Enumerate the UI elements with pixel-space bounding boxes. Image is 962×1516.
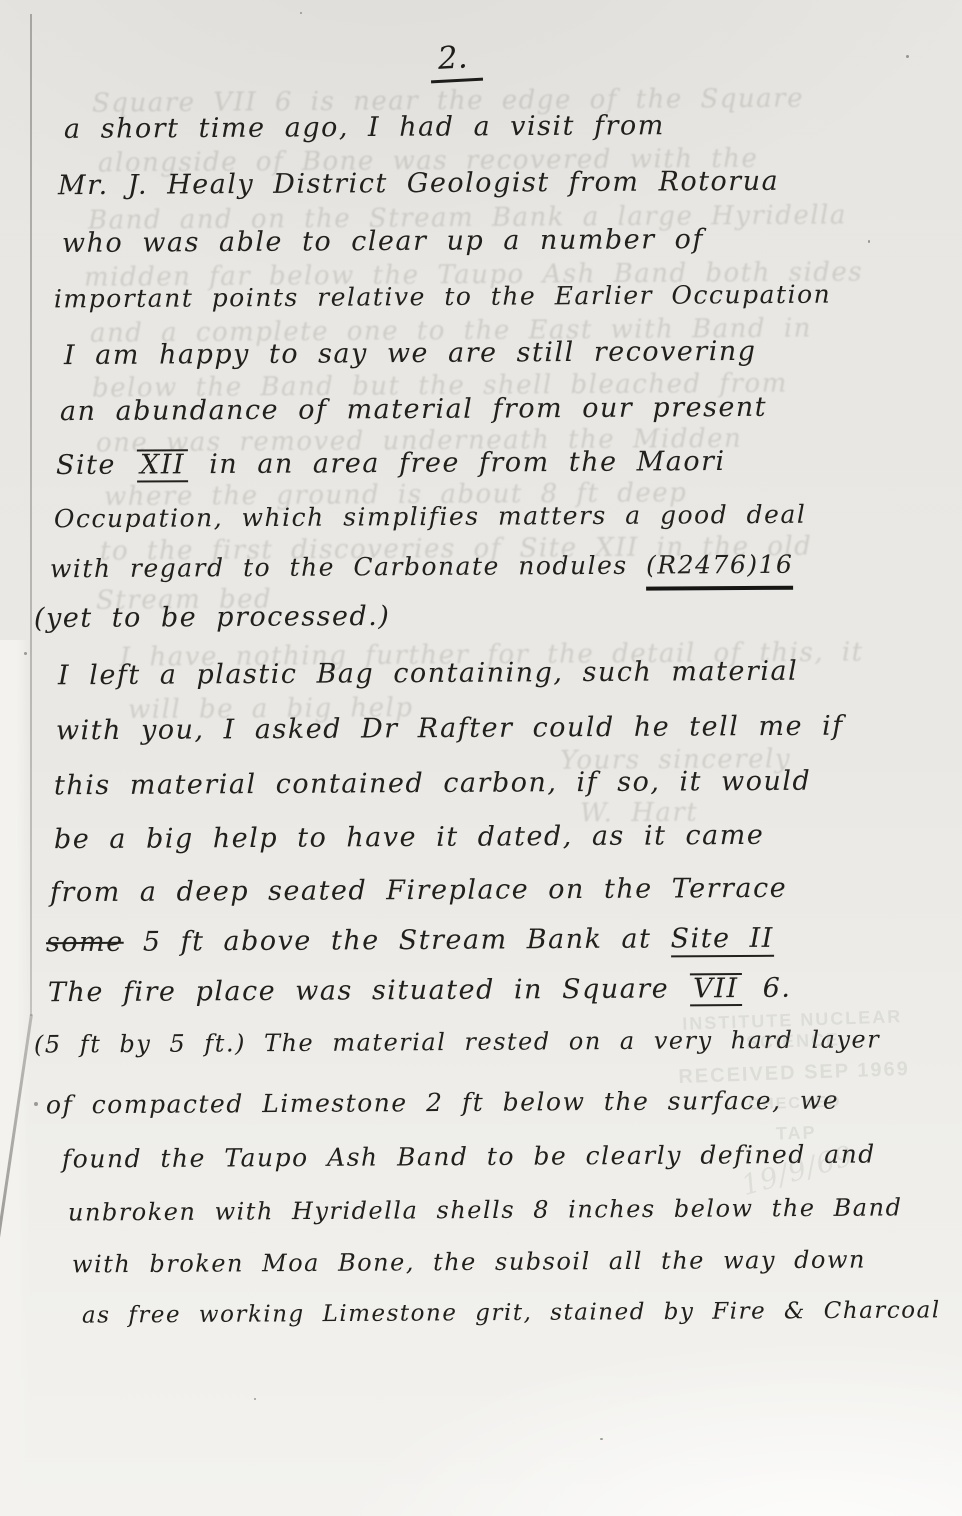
handwritten-line: this material contained carbon, if so, i… — [54, 766, 811, 802]
text-segment: 5 ft above the Stream Bank at — [124, 923, 671, 957]
text-segment: a short time ago, I had a visit from — [64, 110, 665, 145]
paper-crease-vertical — [30, 14, 32, 1016]
paper-speck — [300, 12, 302, 14]
text-segment: as free working Limestone grit, stained … — [82, 1297, 941, 1328]
paper-speck — [34, 1102, 38, 1106]
handwritten-line: as free working Limestone grit, stained … — [82, 1297, 941, 1328]
stamp-ghost-line: RECEIVED SEP 1969 — [644, 1057, 945, 1090]
paper-edge-highlight — [0, 640, 30, 1516]
paper-speck — [254, 1398, 256, 1400]
scanned-letter-page: Square VII 6 is near the edge of the Squ… — [0, 0, 962, 1516]
text-segment: who was able to clear up a number of — [62, 224, 704, 259]
text-segment: The fire place was situated in Square — [48, 973, 688, 1008]
text-segment: important points relative to the Earlier… — [54, 280, 831, 314]
handwritten-line: with broken Moa Bone, the subsoil all th… — [72, 1246, 866, 1279]
handwritten-line: unbroken with Hyridella shells 8 inches … — [68, 1193, 903, 1226]
text-segment: (yet to be processed.) — [34, 601, 391, 634]
page-number: 2. — [429, 39, 483, 84]
text-segment: Occupation, which simplifies matters a g… — [54, 500, 806, 534]
text-segment: with you, I asked Dr Rafter could he tel… — [56, 711, 844, 747]
stamp-ghost-line: CHECKED — [645, 1090, 945, 1118]
text-segment: Site — [56, 450, 135, 481]
handwritten-line: a short time ago, I had a visit from — [64, 110, 665, 145]
text-segment: this material contained carbon, if so, i… — [54, 766, 811, 802]
handwritten-line: with you, I asked Dr Rafter could he tel… — [56, 711, 844, 747]
text-segment: I left a plastic Bag containing, such ma… — [58, 656, 798, 692]
paper-speck — [24, 652, 27, 655]
handwritten-line: an abundance of material from our presen… — [60, 392, 767, 427]
paper-speck — [906, 55, 909, 58]
text-segment: be a big help to have it dated, as it ca… — [54, 820, 764, 855]
handwritten-line: Occupation, which simplifies matters a g… — [54, 500, 806, 534]
handwritten-line: Mr. J. Healy District Geologist from Rot… — [58, 166, 779, 201]
handwritten-line: I am happy to say we are still recoverin… — [64, 336, 757, 371]
text-segment: from a deep seated Fireplace on the Terr… — [50, 873, 787, 909]
text-segment: an abundance of material from our presen… — [60, 392, 767, 427]
handwritten-line: Site XII in an area free from the Maori — [56, 446, 726, 483]
text-segment-hu: (R2476)16 — [646, 552, 793, 591]
text-segment: Mr. J. Healy District Geologist from Rot… — [58, 166, 779, 201]
handwritten-line: important points relative to the Earlier… — [54, 280, 831, 314]
handwritten-line: I left a plastic Bag containing, such ma… — [58, 656, 798, 692]
received-stamp-ghost: INSTITUTE NUCLEAR SCIENCERECEIVED SEP 19… — [642, 995, 949, 1202]
stamp-ghost-line: INSTITUTE NUCLEAR SCIENCE — [642, 1005, 943, 1057]
handwritten-line: be a big help to have it dated, as it ca… — [54, 820, 764, 855]
handwritten-line: with regard to the Carbonate nodules (R2… — [50, 550, 794, 595]
text-segment-u: Site II — [670, 925, 774, 958]
handwritten-line: some 5 ft above the Stream Bank at Site … — [46, 923, 774, 962]
text-segment: in an area free from the Maori — [190, 446, 726, 480]
text-segment: I am happy to say we are still recoverin… — [64, 336, 757, 371]
paper-speck — [600, 1438, 603, 1440]
paper-speck — [868, 240, 870, 243]
handwritten-line: from a deep seated Fireplace on the Terr… — [50, 873, 787, 909]
text-segment-roman: XII — [137, 449, 188, 483]
handwritten-line: (yet to be processed.) — [34, 601, 391, 634]
handwritten-line: who was able to clear up a number of — [62, 224, 704, 259]
text-segment: with broken Moa Bone, the subsoil all th… — [72, 1246, 866, 1279]
text-segment: with regard to the Carbonate nodules — [50, 551, 646, 584]
text-segment-strike: some — [46, 927, 124, 958]
text-segment: unbroken with Hyridella shells 8 inches … — [68, 1193, 903, 1226]
